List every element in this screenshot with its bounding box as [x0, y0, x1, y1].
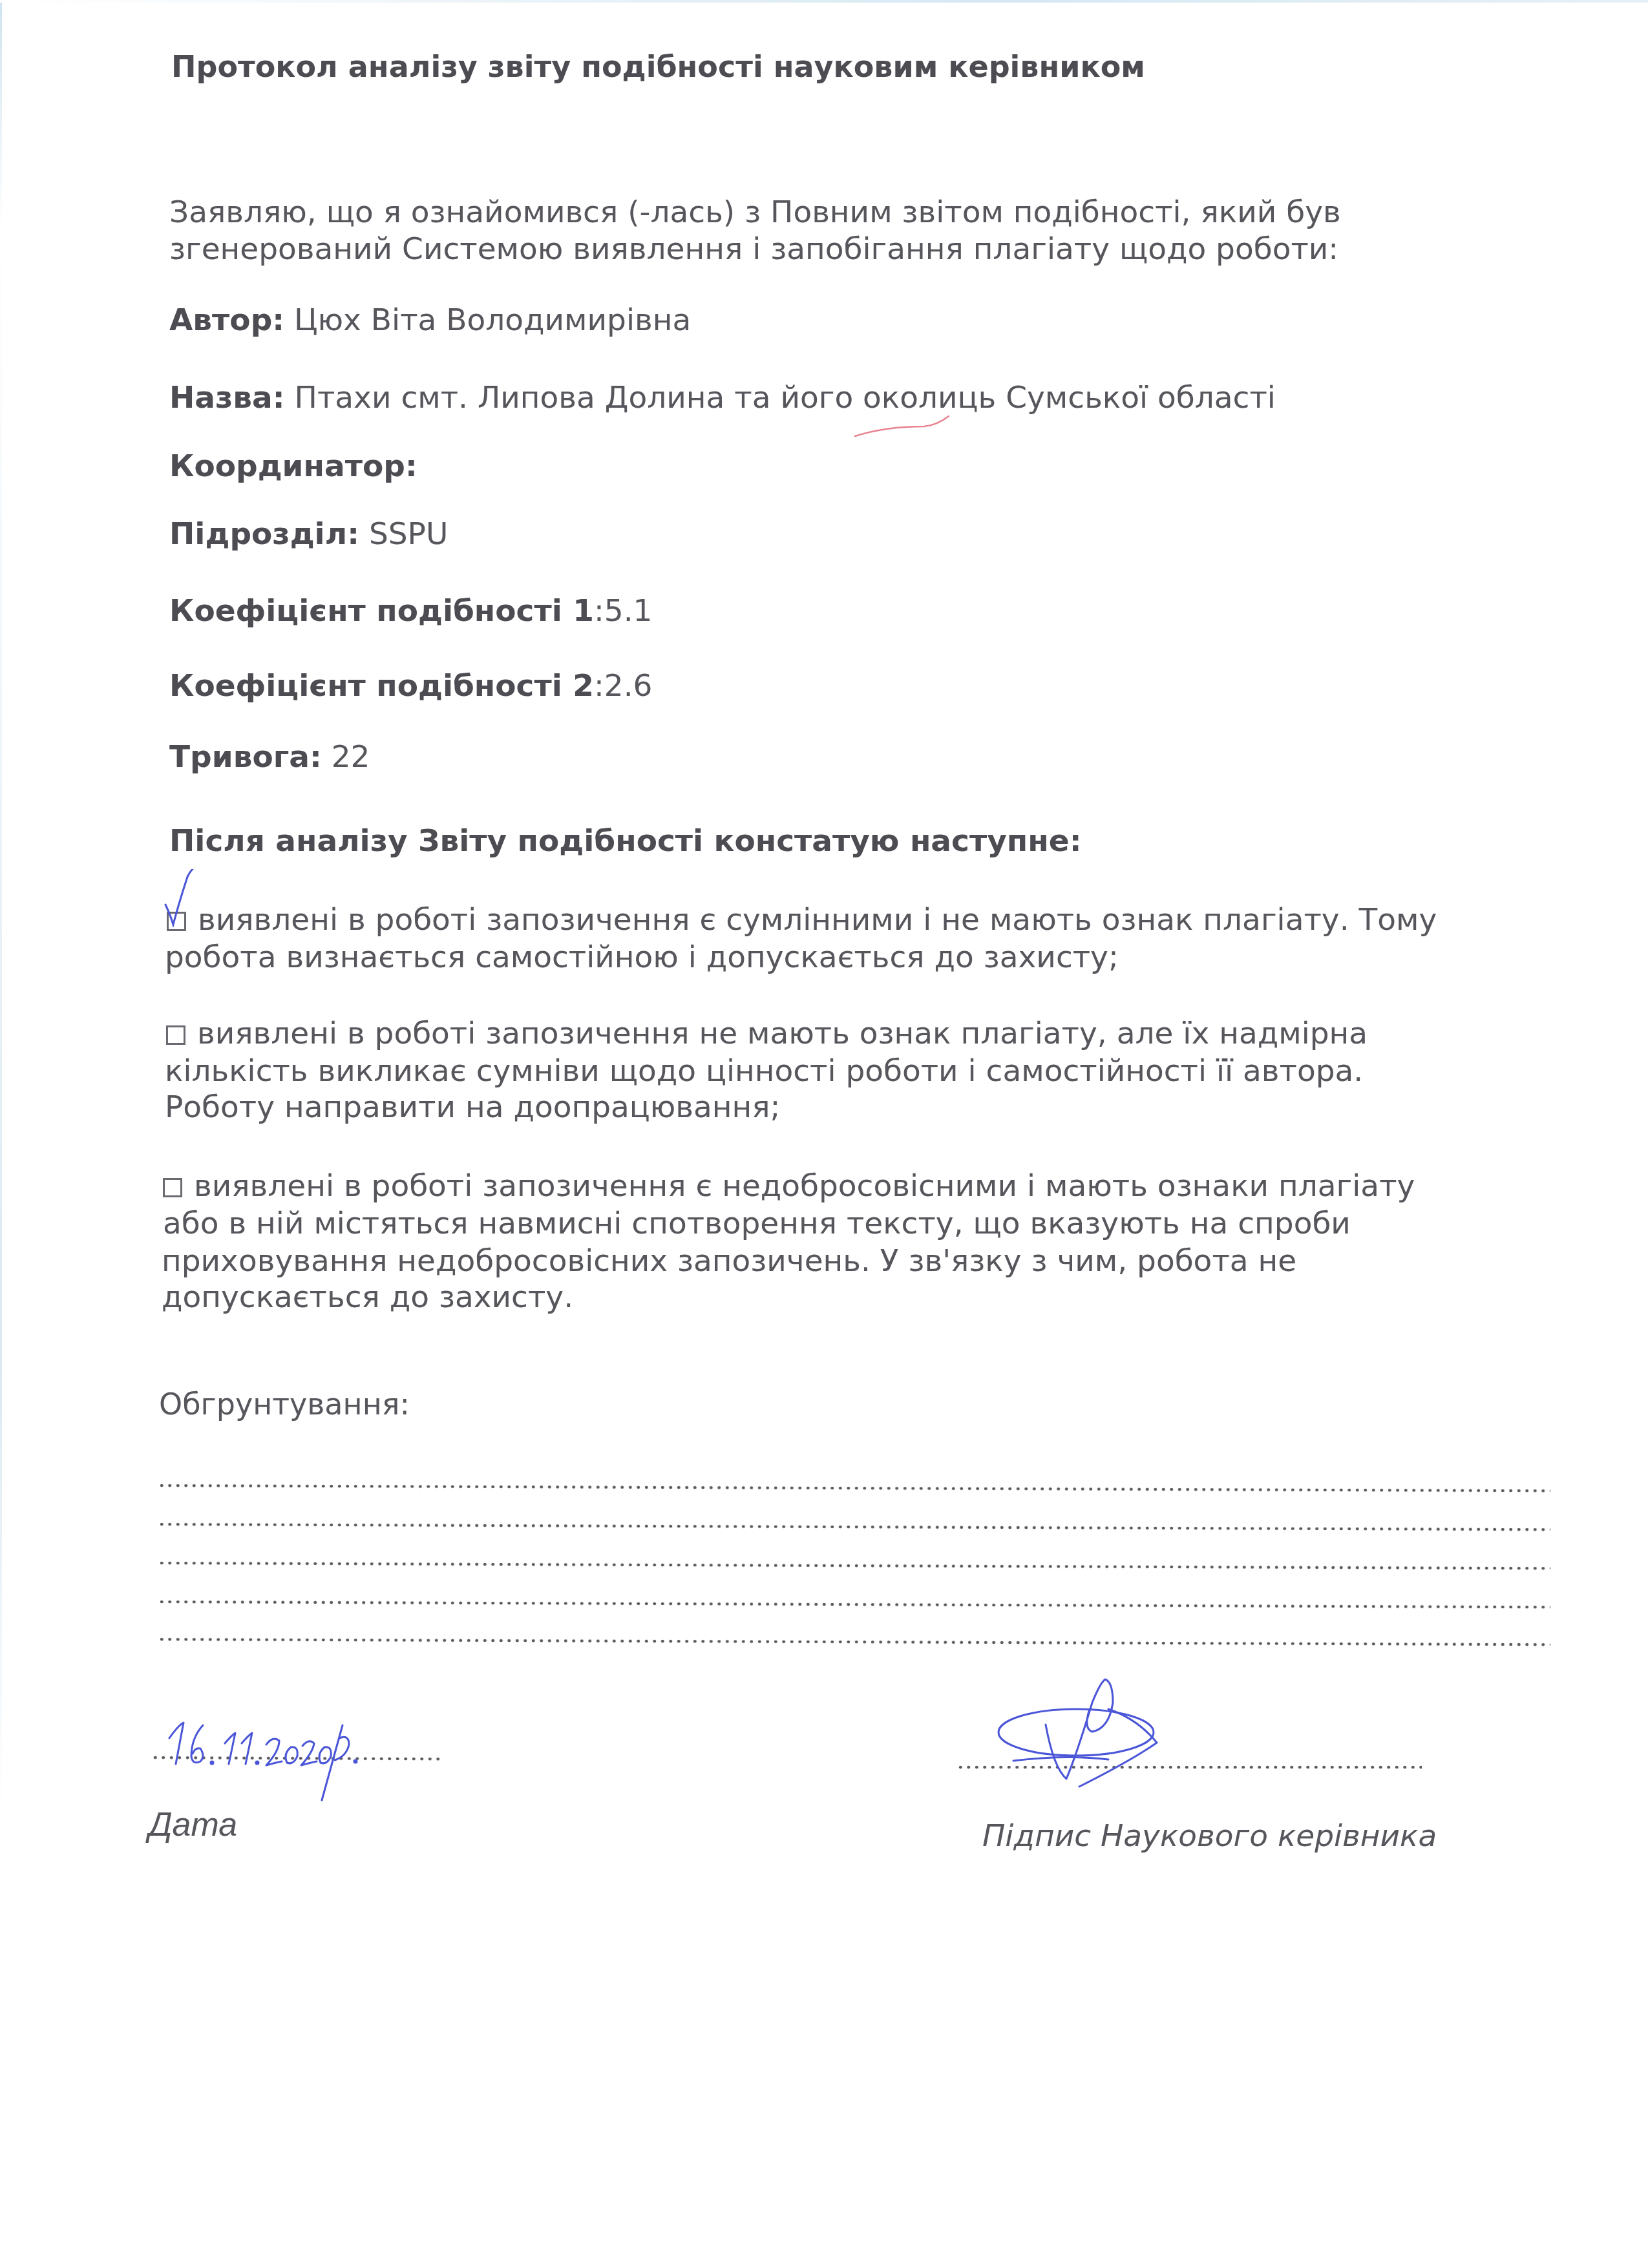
- intro-line-1: Заявляю, що я ознайомився (-лась) з Повн…: [169, 197, 1341, 227]
- field-coordinator-label: Координатор:: [169, 448, 417, 484]
- justification-label: Обгрунтування:: [159, 1389, 410, 1419]
- field-title-label: Назва:: [169, 380, 285, 415]
- option-3-line-1: виявлені в роботі запозичення є недоброс…: [163, 1171, 1415, 1201]
- checkbox-unchecked[interactable]: [166, 1025, 185, 1045]
- field-alarm-value: 22: [332, 739, 370, 775]
- field-coef2-value: :2.6: [594, 668, 653, 704]
- handwritten-date-icon: [155, 1706, 452, 1803]
- field-author-value: Цюх Віта Володимирівна: [294, 302, 691, 338]
- field-coef2-label: Коефіцієнт подібності 2: [169, 668, 594, 704]
- red-pen-mark-icon: [853, 414, 956, 439]
- field-coef1: Коефіцієнт подібності 1:5.1: [169, 596, 653, 626]
- option-1-text-1: виявлені в роботі запозичення є сумлінни…: [198, 902, 1437, 938]
- field-author: Автор: Цюх Віта Володимирівна: [169, 305, 691, 335]
- option-3-line-2: або в ній містяться навмисні спотворення…: [163, 1208, 1351, 1239]
- option-3-line-4: допускається до захисту.: [162, 1282, 573, 1312]
- checkbox-unchecked[interactable]: [163, 1178, 182, 1197]
- handwritten-checkmark-icon: [162, 869, 200, 927]
- justification-line-3: [158, 1561, 1550, 1570]
- option-2-line-3: Роботу направити на доопрацювання;: [165, 1092, 780, 1122]
- scan-edge-left: [0, 0, 2, 2268]
- justification-line-4: [158, 1600, 1550, 1609]
- field-author-label: Автор:: [169, 302, 284, 338]
- option-2-line-2: кількість викликає сумніви щодо цінності…: [165, 1056, 1363, 1086]
- field-department-label: Підрозділ:: [169, 516, 359, 552]
- date-label: Дата: [149, 1808, 237, 1842]
- option-2-line-1: виявлені в роботі запозичення не мають о…: [166, 1018, 1368, 1049]
- option-1-line-1: виявлені в роботі запозичення є сумлінни…: [167, 905, 1437, 935]
- option-2-text-1: виявлені в роботі запозичення не мають о…: [197, 1016, 1368, 1051]
- handwritten-signature-icon: [969, 1670, 1183, 1800]
- justification-line-5: [158, 1637, 1550, 1646]
- option-3-line-3: приховування недобросовісних запозичень.…: [162, 1246, 1296, 1276]
- field-title-value: Птахи смт. Липова Долина та його околиць…: [295, 380, 1276, 415]
- field-alarm: Тривога: 22: [169, 742, 370, 772]
- page-title: Протокол аналізу звіту подібності науков…: [171, 52, 1145, 81]
- field-coordinator: Координатор:: [169, 451, 417, 481]
- justification-line-2: [158, 1522, 1550, 1531]
- signature-label: Підпис Наукового керівника: [982, 1821, 1437, 1851]
- field-coef1-value: :5.1: [594, 593, 653, 629]
- intro-line-2: згенерований Системою виявлення і запобі…: [169, 234, 1338, 264]
- field-coef2: Коефіцієнт подібності 2:2.6: [169, 671, 653, 701]
- field-title: Назва: Птахи смт. Липова Долина та його …: [169, 383, 1276, 413]
- justification-line-1: [158, 1484, 1550, 1493]
- option-1-line-2: робота визнається самостійною і допускає…: [165, 942, 1119, 972]
- field-department: Підрозділ: SSPU: [169, 519, 448, 549]
- field-alarm-label: Тривога:: [169, 739, 322, 775]
- scan-edge-top: [0, 0, 1648, 3]
- conclusion-heading: Після аналізу Звіту подібності констатую…: [169, 826, 1081, 856]
- field-coef1-label: Коефіцієнт подібності 1: [169, 593, 594, 629]
- option-3-text-1: виявлені в роботі запозичення є недоброс…: [194, 1168, 1415, 1204]
- field-department-value: SSPU: [369, 516, 448, 552]
